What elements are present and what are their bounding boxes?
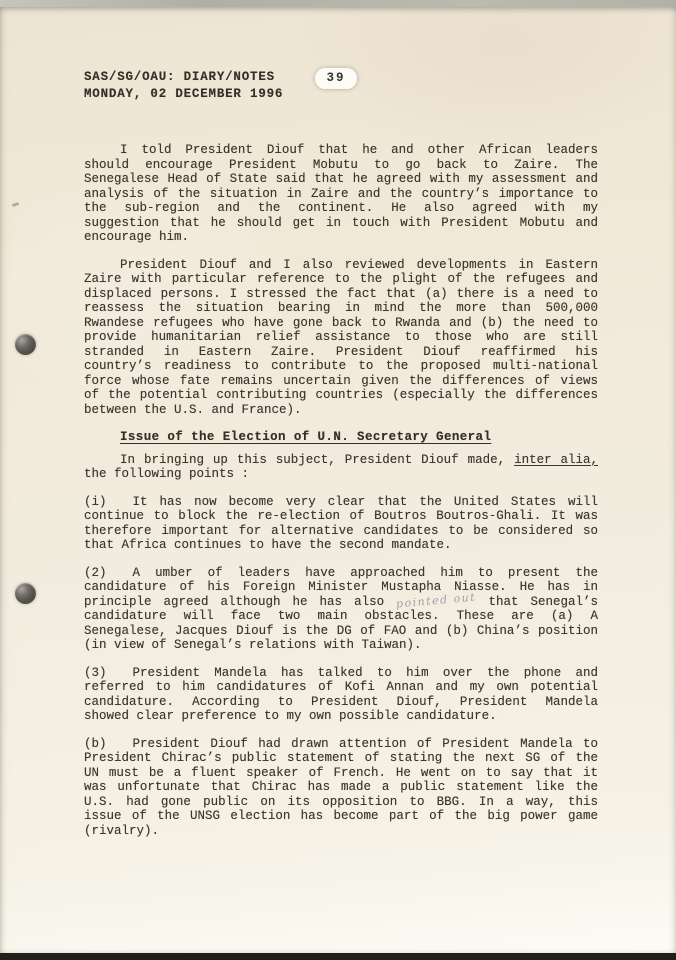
text-line: showed clear preference to my own possib… xyxy=(84,709,598,724)
section-heading: Issue of the Election of U.N. Secretary … xyxy=(84,430,598,445)
text-line: In bringing up this subject, President D… xyxy=(84,453,598,468)
text-segment: (2) xyxy=(84,566,107,580)
paragraph: (2)A umber of leaders have approached hi… xyxy=(84,566,598,653)
heading-text: Issue of the Election of U.N. Secretary … xyxy=(120,430,598,445)
text-line: analysis of the situation in Zaire and t… xyxy=(84,187,598,202)
text-segment: A umber of leaders have approached him t… xyxy=(133,566,598,580)
document-body: I told President Diouf that he and other… xyxy=(84,143,598,838)
text-line: therefore important for alternative cand… xyxy=(84,524,598,539)
scan-edge-top xyxy=(0,0,676,7)
text-line: I told President Diouf that he and other… xyxy=(84,143,598,158)
text-line: that Africa continues to have the second… xyxy=(84,538,598,553)
text-line: President Chirac’s public statement of s… xyxy=(84,751,598,766)
text-line: issue of the UNSG election has become pa… xyxy=(84,809,598,824)
hole-punch-top xyxy=(15,334,36,355)
paragraph: (b)President Diouf had drawn attention o… xyxy=(84,737,598,839)
document-header: SAS/SG/OAU: DIARY/NOTES MONDAY, 02 DECEM… xyxy=(84,69,598,103)
text-line: referred to him candidatures of Kofi Ann… xyxy=(84,680,598,695)
hole-punch-bottom xyxy=(15,583,36,604)
text-line: between the U.S. and France). xyxy=(84,403,598,418)
paragraph: (i)It has now become very clear that the… xyxy=(84,495,598,553)
text-line: U.S. had gone public on its opposition t… xyxy=(84,795,598,810)
scanned-document-page: SAS/SG/OAU: DIARY/NOTES MONDAY, 02 DECEM… xyxy=(0,0,676,960)
text-line: the sub-region and the continent. He als… xyxy=(84,201,598,216)
scan-edge-bottom xyxy=(0,953,676,960)
text-line: principle agreed although he has also po… xyxy=(84,595,598,610)
text-line: displaced persons. I stressed the fact t… xyxy=(84,287,598,302)
text-segment: that Senegal’s xyxy=(476,595,598,609)
text-line: the following points : xyxy=(84,467,598,482)
paragraph: President Diouf and I also reviewed deve… xyxy=(84,258,598,418)
text-line: candidature will face two main obstacles… xyxy=(84,609,598,624)
text-line: was unfortunate that Chirac has made a p… xyxy=(84,780,598,795)
text-line: (rivalry). xyxy=(84,824,598,839)
text-line: stranded in Eastern Zaire. President Dio… xyxy=(84,345,598,360)
text-line: (3)President Mandela has talked to him o… xyxy=(84,666,598,681)
text-segment: (3) xyxy=(84,666,107,680)
text-line: Senegalese Head of State said that he ag… xyxy=(84,172,598,187)
text-line: (2)A umber of leaders have approached hi… xyxy=(84,566,598,581)
text-line: of the potential contributing countries … xyxy=(84,388,598,403)
text-line: should encourage President Mobutu to go … xyxy=(84,158,598,173)
document-content: SAS/SG/OAU: DIARY/NOTES MONDAY, 02 DECEM… xyxy=(84,69,598,851)
text-line: (b)President Diouf had drawn attention o… xyxy=(84,737,598,752)
text-line: reassess the situation bearing in mind t… xyxy=(84,301,598,316)
text-line: candidature. According to President Diou… xyxy=(84,695,598,710)
text-segment: It has now become very clear that the Un… xyxy=(133,495,598,509)
text-line: UN must be a fluent speaker of French. H… xyxy=(84,766,598,781)
text-line: candidature of his Foreign Minister Must… xyxy=(84,580,598,595)
paragraph: I told President Diouf that he and other… xyxy=(84,143,598,245)
text-line: suggestion that he should get in touch w… xyxy=(84,216,598,231)
text-line: country’s readiness to contribute to the… xyxy=(84,359,598,374)
paragraph: (3)President Mandela has talked to him o… xyxy=(84,666,598,724)
text-line: Rwandese refugees who have gone back to … xyxy=(84,316,598,331)
text-line: (i)It has now become very clear that the… xyxy=(84,495,598,510)
text-line: President Diouf and I also reviewed deve… xyxy=(84,258,598,273)
text-line: Zaire with particular reference to the p… xyxy=(84,272,598,287)
text-segment: President Diouf had drawn attention of P… xyxy=(133,737,598,751)
text-segment: (b) xyxy=(84,737,107,751)
underlined-text: inter alia, xyxy=(514,453,598,467)
text-line: Senegalese, Jacques Diouf is the DG of F… xyxy=(84,624,598,639)
text-line: provide humanitarian relief assistance t… xyxy=(84,330,598,345)
text-segment: (i) xyxy=(84,495,107,509)
text-line: encourage him. xyxy=(84,230,598,245)
text-line: force whose fate remains uncertain given… xyxy=(84,374,598,389)
text-segment: In bringing up this subject, President D… xyxy=(120,453,514,467)
text-line: continue to block the re-election of Bou… xyxy=(84,509,598,524)
page-number-label: 39 xyxy=(315,68,357,89)
paragraph: In bringing up this subject, President D… xyxy=(84,453,598,482)
text-segment: principle agreed although he has also xyxy=(84,595,396,609)
text-segment: President Mandela has talked to him over… xyxy=(133,666,598,680)
text-line: (in view of Senegal’s relations with Tai… xyxy=(84,638,598,653)
